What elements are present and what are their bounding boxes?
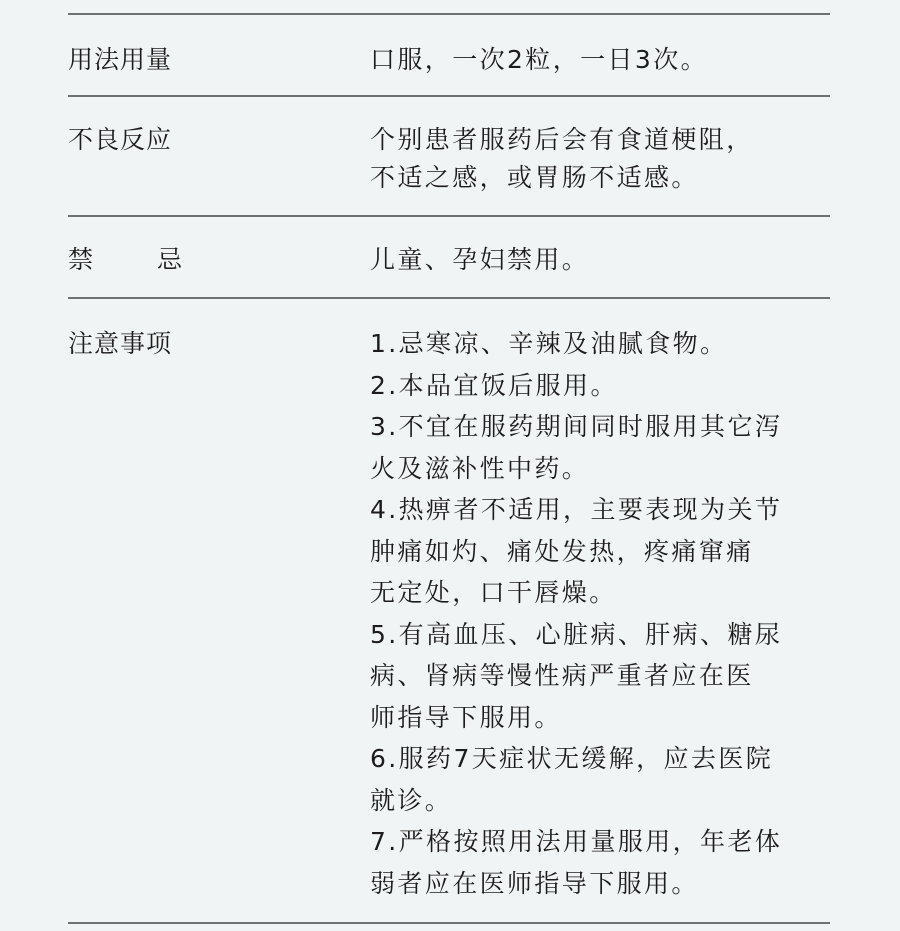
value-line: 口服，一次2粒，一日3次。: [370, 41, 830, 79]
value-line: 火及滋补性中药。: [370, 448, 830, 490]
label-part: 禁: [68, 245, 93, 274]
label-part: 忌: [157, 245, 182, 274]
value-line: 不适之感，或胃肠不适感。: [370, 159, 830, 197]
value-line: 2.本品宜饭后服用。: [370, 365, 830, 407]
label-adverse-reactions: 不良反应: [68, 121, 370, 159]
value-line: 4.热痹者不适用，主要表现为关节: [370, 489, 830, 531]
value-line: 肿痛如灼、痛处发热，疼痛窜痛: [370, 531, 830, 573]
row-precautions: 注意事项 1.忌寒凉、辛辣及油腻食物。 2.本品宜饭后服用。 3.不宜在服药期间…: [68, 299, 830, 922]
label-contraindications: 禁忌: [68, 241, 370, 279]
row-contraindications: 禁忌 儿童、孕妇禁用。: [68, 217, 830, 297]
label-precautions: 注意事项: [68, 323, 370, 365]
value-precautions: 1.忌寒凉、辛辣及油腻食物。 2.本品宜饭后服用。 3.不宜在服药期间同时服用其…: [370, 323, 830, 904]
value-line: 病、肾病等慢性病严重者应在医: [370, 655, 830, 697]
value-line: 无定处，口干唇燥。: [370, 572, 830, 614]
label-dosage: 用法用量: [68, 41, 370, 79]
row-adverse-reactions: 不良反应 个别患者服药后会有食道梗阻， 不适之感，或胃肠不适感。: [68, 97, 830, 215]
value-line: 师指导下服用。: [370, 697, 830, 739]
value-line: 1.忌寒凉、辛辣及油腻食物。: [370, 323, 830, 365]
value-line: 5.有高血压、心脏病、肝病、糖尿: [370, 614, 830, 656]
value-line: 就诊。: [370, 780, 830, 822]
value-line: 7.严格按照用法用量服用，年老体: [370, 821, 830, 863]
value-line: 儿童、孕妇禁用。: [370, 241, 830, 279]
value-dosage: 口服，一次2粒，一日3次。: [370, 41, 830, 79]
value-line: 个别患者服药后会有食道梗阻，: [370, 121, 830, 159]
value-line: 6.服药7天症状无缓解，应去医院: [370, 738, 830, 780]
value-line: 3.不宜在服药期间同时服用其它泻: [370, 406, 830, 448]
row-dosage: 用法用量 口服，一次2粒，一日3次。: [68, 15, 830, 95]
divider-bottom: [68, 922, 830, 924]
drug-info-table: 用法用量 口服，一次2粒，一日3次。 不良反应 个别患者服药后会有食道梗阻， 不…: [68, 13, 830, 924]
value-contraindications: 儿童、孕妇禁用。: [370, 241, 830, 279]
value-line: 弱者应在医师指导下服用。: [370, 863, 830, 905]
value-adverse-reactions: 个别患者服药后会有食道梗阻， 不适之感，或胃肠不适感。: [370, 121, 830, 197]
